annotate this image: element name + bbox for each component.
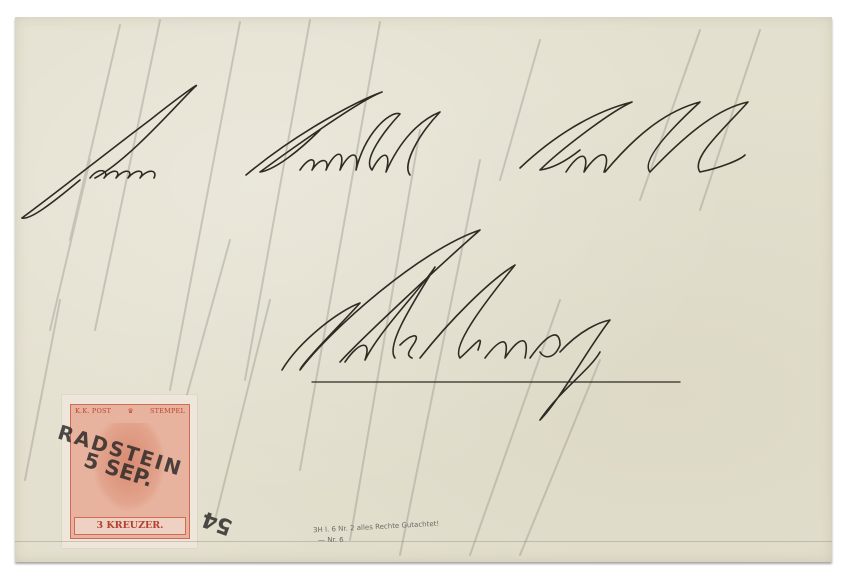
- fold-crease: [15, 541, 832, 542]
- stamp-top-left-text: K.K. POST: [75, 407, 111, 415]
- pencil-signature: — Nr. 6: [318, 536, 344, 544]
- stamp-top-right-text: STEMPEL: [150, 407, 185, 415]
- stamp-value: 3 KREUZER.: [74, 517, 186, 535]
- crown-icon: ♛: [128, 407, 134, 415]
- stamp-header: K.K. POST ♛ STEMPEL: [75, 407, 185, 415]
